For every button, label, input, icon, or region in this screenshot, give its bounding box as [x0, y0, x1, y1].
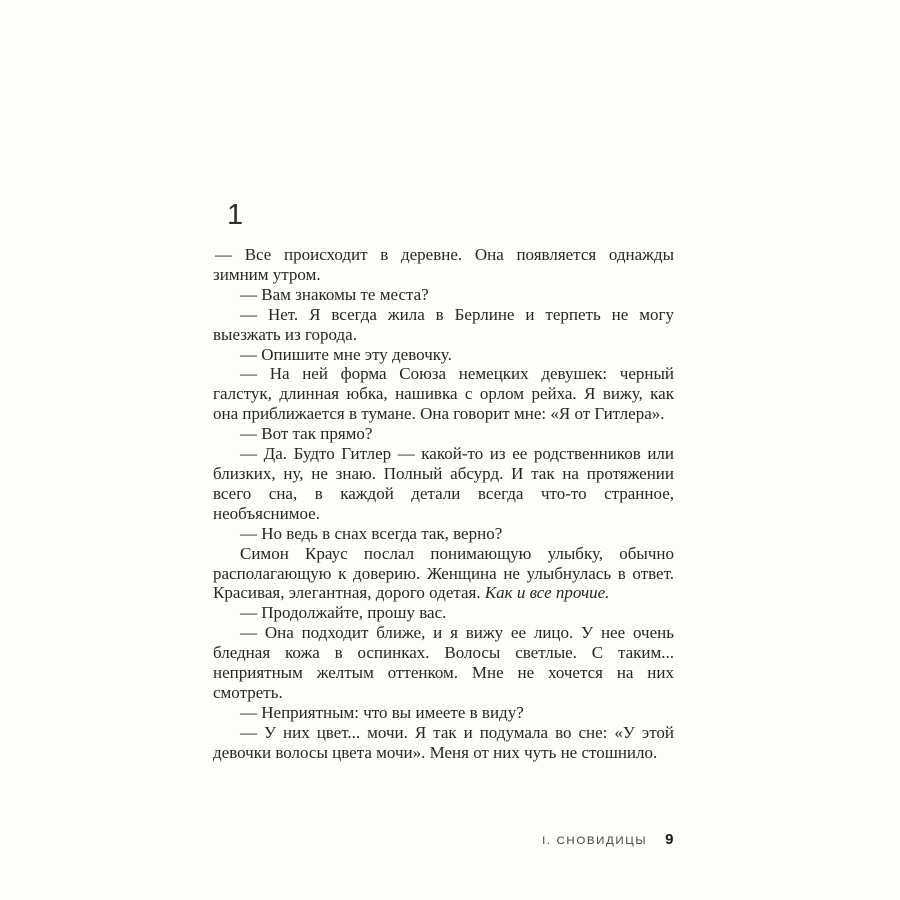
text-segment: — Нет. Я всегда жила в Берлине и терпеть…: [213, 305, 674, 344]
paragraph: — У них цвет... мочи. Я так и подумала в…: [213, 723, 674, 763]
text-segment: — У них цвет... мочи. Я так и подумала в…: [213, 723, 674, 762]
text-segment: — Продолжайте, прошу вас.: [240, 603, 446, 622]
paragraph: — Она подходит ближе, и я вижу ее лицо. …: [213, 623, 674, 703]
body-text: — Все происходит в деревне. Она появляет…: [213, 245, 674, 763]
paragraph: — Но ведь в снах всегда так, верно?: [213, 524, 674, 544]
paragraph: — Да. Будто Гитлер — какой-то из ее родс…: [213, 444, 674, 524]
text-segment: — Вам знакомы те места?: [240, 285, 429, 304]
paragraph: — Опишите мне эту девочку.: [213, 345, 674, 365]
paragraph: — Продолжайте, прошу вас.: [213, 603, 674, 623]
footer-section-label: I. СНОВИДИЦЫ: [542, 835, 647, 846]
paragraph: — Неприятным: что вы имеете в виду?: [213, 703, 674, 723]
page-footer: I. СНОВИДИЦЫ 9: [213, 831, 674, 848]
text-segment: — Неприятным: что вы имеете в виду?: [240, 703, 524, 722]
paragraph: — Вам знакомы те места?: [213, 285, 674, 305]
book-page: 1 — Все происходит в деревне. Она появля…: [0, 0, 900, 900]
paragraph: — Нет. Я всегда жила в Берлине и терпеть…: [213, 305, 674, 345]
text-segment: — Все происходит в деревне. Она появляет…: [213, 245, 674, 284]
text-segment: — Она подходит ближе, и я вижу ее лицо. …: [213, 623, 674, 702]
text-segment: — Опишите мне эту девочку.: [240, 345, 452, 364]
text-block: 1 — Все происходит в деревне. Она появля…: [213, 200, 674, 763]
paragraph: — На ней форма Союза немецких девушек: ч…: [213, 364, 674, 424]
text-segment-italic: Как и все прочие.: [485, 583, 609, 602]
paragraph: Симон Краус послал понимающую улыбку, об…: [213, 544, 674, 604]
paragraph: — Все происходит в деревне. Она появляет…: [213, 245, 674, 285]
paragraph: — Вот так прямо?: [213, 424, 674, 444]
chapter-number: 1: [227, 200, 674, 230]
footer-page-number: 9: [665, 831, 674, 848]
text-segment: — Да. Будто Гитлер — какой-то из ее родс…: [213, 444, 674, 523]
text-segment: — На ней форма Союза немецких девушек: ч…: [213, 364, 674, 423]
text-segment: — Вот так прямо?: [240, 424, 372, 443]
text-segment: — Но ведь в снах всегда так, верно?: [240, 524, 502, 543]
